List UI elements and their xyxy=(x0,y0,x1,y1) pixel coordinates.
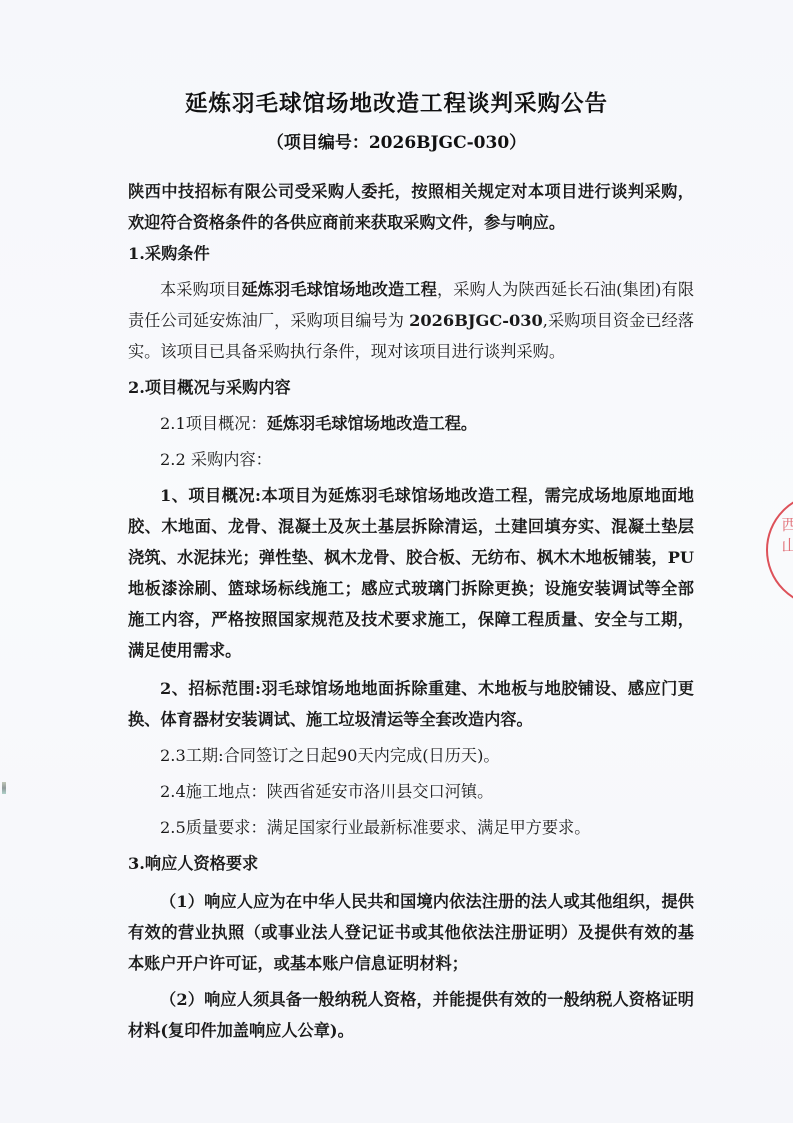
item-2-5: 2.5质量要求：满足国家行业最新标准要求、满足甲方要求。 xyxy=(128,812,694,843)
item-2-1-label: 2.1项目概况： xyxy=(160,414,267,433)
project-name-bold: 延炼羽毛球馆场地改造工程 xyxy=(241,280,436,299)
scan-edge-mark xyxy=(2,782,6,794)
project-number: （项目编号：2026BJGC-030） xyxy=(0,128,793,153)
document-body: 陕西中技招标有限公司受采购人委托，按照相关规定对本项目进行谈判采购，欢迎符合资格… xyxy=(128,176,694,1046)
section-3-heading: 3.响应人资格要求 xyxy=(128,848,694,879)
section-1-heading: 1.采购条件 xyxy=(128,238,694,269)
content-2: 2、招标范围:羽毛球馆场地地面拆除重建、木地板与地胶铺设、感应门更换、体育器材安… xyxy=(128,673,694,735)
document-title: 延炼羽毛球馆场地改造工程谈判采购公告 xyxy=(0,86,793,118)
item-2-3: 2.3工期:合同签订之日起90天内完成(日历天)。 xyxy=(128,740,694,771)
project-code-bold: 2026BJGC-030 xyxy=(409,311,543,330)
content-1: 1、项目概况:本项目为延炼羽毛球馆场地改造工程，需完成场地原地面地胶、木地面、龙… xyxy=(128,480,694,666)
seal-text: 西 山 xyxy=(777,516,793,553)
item-2-2: 2.2 采购内容： xyxy=(128,444,694,475)
requirement-1: （1）响应人应为在中华人民共和国境内依法注册的法人或其他组织，提供有效的营业执照… xyxy=(128,886,694,979)
item-2-4: 2.4施工地点：陕西省延安市洛川县交口河镇。 xyxy=(128,776,694,807)
section-2-heading: 2.项目概况与采购内容 xyxy=(128,372,694,403)
intro-paragraph: 陕西中技招标有限公司受采购人委托，按照相关规定对本项目进行谈判采购，欢迎符合资格… xyxy=(128,176,694,238)
text: 本采购项目 xyxy=(160,280,241,299)
document-page: 延炼羽毛球馆场地改造工程谈判采购公告 （项目编号：2026BJGC-030） 陕… xyxy=(0,0,793,1123)
requirement-2: （2）响应人须具备一般纳税人资格，并能提供有效的一般纳税人资格证明材料(复印件加… xyxy=(128,984,694,1046)
section-1-paragraph: 本采购项目延炼羽毛球馆场地改造工程，采购人为陕西延长石油(集团)有限责任公司延安… xyxy=(128,274,694,367)
item-2-1: 2.1项目概况：延炼羽毛球馆场地改造工程。 xyxy=(128,408,694,439)
item-2-1-value: 延炼羽毛球馆场地改造工程。 xyxy=(267,414,477,433)
